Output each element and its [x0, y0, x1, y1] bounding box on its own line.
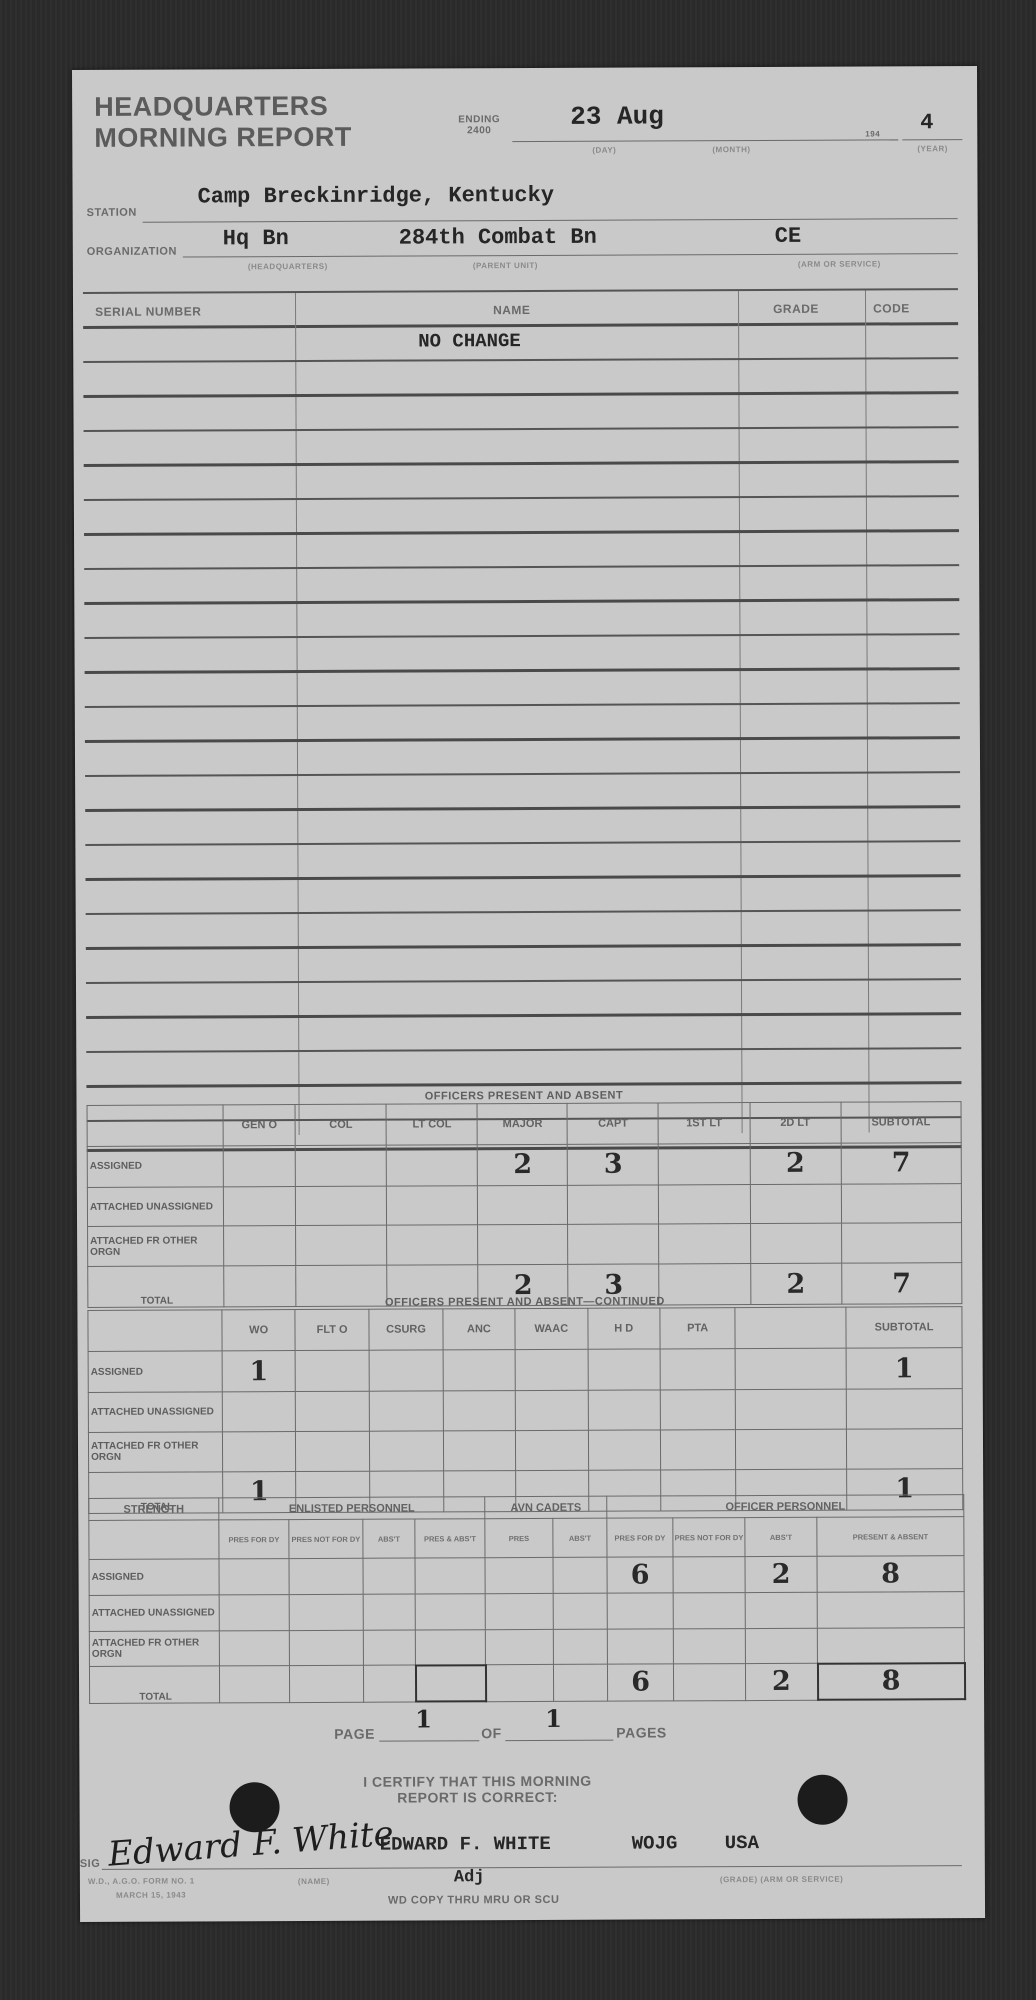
roster-row-line: [83, 357, 958, 363]
cell-hd[interactable]: [588, 1349, 661, 1390]
cell[interactable]: [219, 1595, 289, 1631]
roster-row-line: [85, 667, 960, 674]
roster-row-line: [84, 495, 959, 501]
cell-lt-col[interactable]: [387, 1185, 478, 1225]
cell-capt[interactable]: [568, 1224, 659, 1264]
strength-table: STRENGTH ENLISTED PERSONNEL AVN CADETS O…: [88, 1494, 965, 1704]
col-avn-pres: PRES: [485, 1519, 553, 1558]
arm-value: USA: [725, 1832, 759, 1854]
col-name: NAME: [493, 303, 530, 317]
cell-wo[interactable]: 1: [223, 1351, 296, 1392]
cell[interactable]: [553, 1557, 607, 1594]
officers-continued-header-row: WO FLT O CSURG ANC WAAC H D PTA SUBTOTAL: [88, 1307, 962, 1352]
organization-underline: [183, 253, 958, 257]
col-blank: [735, 1307, 846, 1349]
cell[interactable]: [219, 1558, 289, 1595]
row-label: ATTACHED FR OTHER ORGN: [88, 1226, 224, 1266]
col-col: COL: [295, 1104, 386, 1145]
cell-1st-lt[interactable]: [659, 1224, 750, 1264]
col-2d-lt: 2D LT: [750, 1102, 841, 1143]
cell-flt-o[interactable]: [295, 1391, 370, 1431]
group-officer: OFFICER PERSONNEL: [607, 1495, 964, 1519]
cell-major[interactable]: 2: [478, 1144, 568, 1185]
roster-row-line: [84, 598, 959, 605]
cell-blank[interactable]: [735, 1348, 846, 1390]
date-underline: [512, 139, 898, 142]
col-code: CODE: [873, 301, 910, 315]
cell[interactable]: [485, 1664, 553, 1701]
roster-row-line: [85, 736, 960, 743]
col-pta: PTA: [660, 1308, 736, 1349]
form-number: W.D., A.G.O. FORM NO. 1: [88, 1876, 195, 1885]
col-gen-o: GEN O: [223, 1105, 295, 1146]
roster-row-line: [83, 391, 958, 398]
roster-row-line: [84, 564, 959, 570]
cell[interactable]: [415, 1557, 485, 1594]
col-off-abst: ABS'T: [745, 1518, 817, 1557]
cell-major[interactable]: [478, 1225, 568, 1265]
cell-anc[interactable]: [443, 1431, 516, 1471]
cell[interactable]: [817, 1592, 964, 1628]
cell[interactable]: [607, 1628, 673, 1664]
officers-row-assigned: ASSIGNED 2 3 2 7: [87, 1142, 961, 1187]
cell-subtotal[interactable]: 1: [846, 1348, 962, 1390]
cell[interactable]: 2: [746, 1663, 818, 1700]
cell-pta[interactable]: [660, 1430, 736, 1470]
cell-gen-o[interactable]: [223, 1186, 295, 1226]
cell-subtotal[interactable]: [841, 1183, 962, 1223]
cell-hd[interactable]: [588, 1430, 661, 1470]
cell[interactable]: [673, 1628, 745, 1664]
col-waac: WAAC: [515, 1308, 588, 1349]
station-underline: [143, 218, 958, 223]
certify-line-1: I CERTIFY THAT THIS MORNING: [317, 1773, 637, 1790]
cell[interactable]: [673, 1556, 745, 1593]
station-label: STATION: [87, 207, 137, 219]
punch-hole-right: [797, 1775, 847, 1825]
roster-header-line: [83, 322, 958, 329]
sub-arm-service: (ARM OR SERVICE): [798, 259, 881, 268]
organization-label: ORGANIZATION: [87, 246, 177, 258]
cell[interactable]: [289, 1594, 363, 1630]
cell[interactable]: [415, 1594, 485, 1630]
row-label: TOTAL: [89, 1666, 219, 1703]
col-grade: GRADE: [773, 302, 819, 316]
cell-waac[interactable]: [516, 1430, 589, 1470]
report-date: 23 Aug: [570, 101, 664, 131]
title-line-2: MORNING REPORT: [94, 122, 352, 154]
cell[interactable]: [363, 1665, 415, 1702]
cell-2d-lt[interactable]: [750, 1184, 841, 1224]
row-label: ASSIGNED: [87, 1146, 223, 1187]
cell[interactable]: [607, 1593, 673, 1629]
page-number: 1: [415, 1704, 432, 1733]
cell-flt-o[interactable]: [295, 1431, 370, 1471]
typed-name: EDWARD F. WHITE: [380, 1833, 551, 1856]
row-label: ASSIGNED: [88, 1351, 223, 1393]
page-underline: [379, 1740, 479, 1741]
year-underline: [902, 139, 962, 140]
cell-capt[interactable]: 3: [568, 1144, 659, 1185]
total-pages: 1: [545, 1704, 562, 1733]
cell[interactable]: [485, 1557, 553, 1594]
roster-row-line: [86, 1012, 961, 1019]
certification-text: I CERTIFY THAT THIS MORNING REPORT IS CO…: [317, 1773, 637, 1806]
cell-1st-lt[interactable]: [659, 1184, 750, 1224]
roster-row-line: [86, 1081, 961, 1088]
station-value[interactable]: Camp Breckinridge, Kentucky: [198, 183, 555, 210]
ending-label-block: ENDING 2400: [458, 114, 500, 136]
cell[interactable]: [745, 1592, 817, 1628]
strength-label: STRENGTH: [89, 1498, 219, 1521]
form-title: HEADQUARTERS MORNING REPORT: [94, 91, 352, 154]
roster-row-line: [85, 771, 960, 777]
cell-csurg[interactable]: [370, 1431, 444, 1471]
cell-anc[interactable]: [443, 1350, 516, 1391]
officers-row-attached-other-orgn: ATTACHED FR OTHER ORGN: [88, 1223, 962, 1267]
cell[interactable]: 8: [817, 1555, 964, 1592]
col-enl-pres-for-dy: PRES FOR DY: [219, 1520, 289, 1559]
roster-row-line: [86, 943, 961, 950]
cell-pta[interactable]: [660, 1390, 736, 1430]
cell-1st-lt[interactable]: [659, 1143, 750, 1184]
col-csurg: CSURG: [369, 1309, 443, 1350]
cell-boxed[interactable]: 8: [818, 1663, 965, 1700]
sub-name: (NAME): [298, 1877, 330, 1886]
cell-subtotal[interactable]: 7: [841, 1142, 962, 1183]
officers-continued-table: WO FLT O CSURG ANC WAAC H D PTA SUBTOTAL…: [87, 1306, 963, 1514]
cell[interactable]: [745, 1628, 817, 1664]
roster-col-divider-1: [295, 293, 300, 1135]
form-date: MARCH 15, 1943: [116, 1891, 186, 1900]
col-anc: ANC: [443, 1309, 516, 1350]
pages-label: PAGES: [616, 1724, 667, 1740]
strength-header-row: PRES FOR DY PRES NOT FOR DY ABS'T PRES &…: [89, 1517, 964, 1559]
cell-flt-o[interactable]: [295, 1350, 370, 1391]
col-flt-o: FLT O: [295, 1309, 370, 1350]
cell[interactable]: [553, 1664, 607, 1701]
cell[interactable]: [219, 1666, 289, 1703]
year-digit: 4: [920, 110, 933, 135]
cell[interactable]: [363, 1558, 415, 1595]
col-1st-lt: 1ST LT: [658, 1103, 749, 1144]
of-underline: [505, 1740, 613, 1741]
col-subtotal: SUBTOTAL: [841, 1102, 962, 1143]
cell[interactable]: [363, 1630, 415, 1666]
cell[interactable]: [673, 1593, 745, 1629]
sub-year: (YEAR): [917, 144, 948, 153]
sub-month: (MONTH): [712, 145, 750, 154]
cell[interactable]: [553, 1593, 607, 1629]
roster-row-line: [84, 529, 959, 536]
cell-anc[interactable]: [443, 1391, 516, 1431]
cell-subtotal[interactable]: [847, 1429, 963, 1469]
signature-underline: [102, 1865, 962, 1870]
col-serial-number: SERIAL NUMBER: [95, 304, 201, 318]
roster-row-line: [86, 978, 961, 984]
sub-headquarters: (HEADQUARTERS): [248, 262, 328, 271]
col-capt: CAPT: [567, 1103, 658, 1144]
row-label: ATTACHED FR OTHER ORGN: [89, 1630, 219, 1666]
cell-col[interactable]: [295, 1145, 386, 1186]
roster-row-line: [86, 874, 961, 881]
col-enl-pres-abst: PRES & ABS'T: [415, 1519, 485, 1558]
morning-report-form: HEADQUARTERS MORNING REPORT ENDING 2400 …: [72, 66, 985, 1922]
roster-row-line: [84, 460, 959, 467]
col-enl-pres-not-for-dy: PRES NOT FOR DY: [289, 1520, 363, 1559]
col-major: MAJOR: [477, 1103, 567, 1144]
row-label: ATTACHED UNASSIGNED: [87, 1187, 223, 1227]
roster-row-line: [85, 702, 960, 708]
sub-parent-unit: (PARENT UNIT): [473, 261, 538, 270]
cell[interactable]: [289, 1558, 363, 1595]
officers-continued-row-attached-unassigned: ATTACHED UNASSIGNED: [88, 1389, 962, 1433]
cell-lt-col[interactable]: [387, 1225, 478, 1265]
cell-csurg[interactable]: [370, 1391, 444, 1431]
cell-col[interactable]: [296, 1186, 387, 1226]
cell-wo[interactable]: [223, 1432, 296, 1472]
cell-blank[interactable]: [736, 1429, 847, 1469]
row-label: ATTACHED UNASSIGNED: [88, 1392, 223, 1432]
officers-header-row: GEN O COL LT COL MAJOR CAPT 1ST LT 2D LT…: [87, 1102, 961, 1147]
officers-continued-row-attached-other-orgn: ATTACHED FR OTHER ORGN: [88, 1429, 962, 1473]
adj-title: Adj: [454, 1868, 485, 1887]
cell[interactable]: [674, 1664, 746, 1701]
cell[interactable]: [415, 1629, 485, 1665]
strength-row-assigned: ASSIGNED 6 2 8: [89, 1555, 964, 1595]
strength-row-total: TOTAL 6 2 8: [89, 1663, 964, 1703]
strength-row-attached-other-orgn: ATTACHED FR OTHER ORGN: [89, 1627, 964, 1666]
wd-copy-note: WD COPY THRU MRU OR SCU: [388, 1894, 559, 1907]
of-label: OF: [481, 1725, 502, 1741]
cell[interactable]: [553, 1629, 607, 1665]
cell-csurg[interactable]: [369, 1350, 443, 1391]
cell[interactable]: [817, 1627, 964, 1663]
org-headquarters[interactable]: Hq Bn: [223, 226, 289, 251]
col-enl-abst: ABS'T: [363, 1519, 415, 1558]
col-off-pres-not-for-dy: PRES NOT FOR DY: [673, 1518, 745, 1557]
grade-value: WOJG: [632, 1832, 678, 1854]
cell-gen-o[interactable]: [223, 1145, 295, 1186]
roster-col-divider-3: [865, 291, 870, 1133]
cell[interactable]: 6: [607, 1557, 673, 1594]
strength-row-attached-unassigned: ATTACHED UNASSIGNED: [89, 1592, 964, 1631]
cell-hd[interactable]: [588, 1390, 661, 1430]
ending-time: 2400: [458, 125, 500, 136]
cell-col[interactable]: [296, 1226, 387, 1266]
roster-col-divider-2: [738, 291, 743, 1133]
row-label: ATTACHED UNASSIGNED: [89, 1595, 219, 1631]
cell[interactable]: [289, 1665, 363, 1702]
col-off-pres-for-dy: PRES FOR DY: [607, 1518, 673, 1557]
org-parent-unit[interactable]: 284th Combat Bn: [399, 225, 597, 251]
cell-boxed[interactable]: [415, 1665, 485, 1702]
col-lt-col: LT COL: [386, 1104, 477, 1145]
roster-row-line: [85, 805, 960, 812]
col-off-present-absent: PRESENT & ABSENT: [817, 1517, 964, 1556]
cell[interactable]: 6: [608, 1664, 674, 1701]
row-label: ASSIGNED: [89, 1559, 219, 1596]
officers-row-attached-unassigned: ATTACHED UNASSIGNED: [87, 1183, 961, 1227]
cell[interactable]: [219, 1630, 289, 1666]
cell-waac[interactable]: [515, 1390, 588, 1430]
cell-subtotal[interactable]: [846, 1389, 962, 1429]
cell-pta[interactable]: [660, 1349, 736, 1390]
sub-day: (DAY): [592, 146, 616, 155]
officers-corner: [87, 1105, 223, 1146]
col-subtotal: SUBTOTAL: [846, 1307, 962, 1349]
officers-table: GEN O COL LT COL MAJOR CAPT 1ST LT 2D LT…: [87, 1101, 963, 1308]
roster-entry-name: NO CHANGE: [418, 330, 521, 352]
cell[interactable]: [485, 1594, 553, 1630]
group-avn-cadets: AVN CADETS: [485, 1496, 607, 1519]
cell[interactable]: [363, 1594, 415, 1630]
ending-label: ENDING: [458, 114, 500, 125]
cell[interactable]: [485, 1629, 553, 1665]
col-avn-abst: ABS'T: [553, 1518, 607, 1557]
cell-blank[interactable]: [736, 1389, 847, 1429]
group-enlisted: ENLISTED PERSONNEL: [219, 1497, 485, 1520]
cell-major[interactable]: [478, 1185, 568, 1225]
col-hd: H D: [587, 1308, 660, 1349]
sub-grade-arm: (GRADE) (ARM OR SERVICE): [720, 1875, 843, 1885]
cell[interactable]: [289, 1630, 363, 1666]
cell-2d-lt[interactable]: [750, 1224, 841, 1264]
roster-row-line: [85, 840, 960, 846]
roster-top-line: [83, 288, 958, 294]
row-label: ATTACHED FR OTHER ORGN: [88, 1432, 223, 1472]
cell-subtotal[interactable]: [841, 1223, 962, 1263]
roster-row-line: [86, 1047, 961, 1053]
page-label: PAGE: [334, 1726, 375, 1742]
cell-waac[interactable]: [515, 1349, 588, 1390]
cell[interactable]: 2: [745, 1556, 817, 1593]
year-prefix: 194: [865, 129, 880, 138]
cell-capt[interactable]: [568, 1185, 659, 1225]
roster-row-line: [84, 633, 959, 639]
strength-corner: [89, 1520, 219, 1559]
certify-line-2: REPORT IS CORRECT:: [318, 1789, 638, 1806]
org-arm-service[interactable]: CE: [775, 224, 802, 249]
roster-row-line: [84, 426, 959, 432]
cell-2d-lt[interactable]: 2: [750, 1143, 841, 1184]
col-wo: WO: [222, 1310, 295, 1351]
officers-continued-corner: [88, 1310, 223, 1352]
cell-wo[interactable]: [223, 1392, 296, 1432]
sig-label: SIG: [80, 1858, 101, 1870]
cell-gen-o[interactable]: [224, 1226, 296, 1266]
title-line-1: HEADQUARTERS: [94, 91, 352, 123]
roster-row-line: [86, 909, 961, 915]
cell-lt-col[interactable]: [387, 1145, 478, 1186]
officers-continued-row-assigned: ASSIGNED 1 1: [88, 1348, 962, 1393]
